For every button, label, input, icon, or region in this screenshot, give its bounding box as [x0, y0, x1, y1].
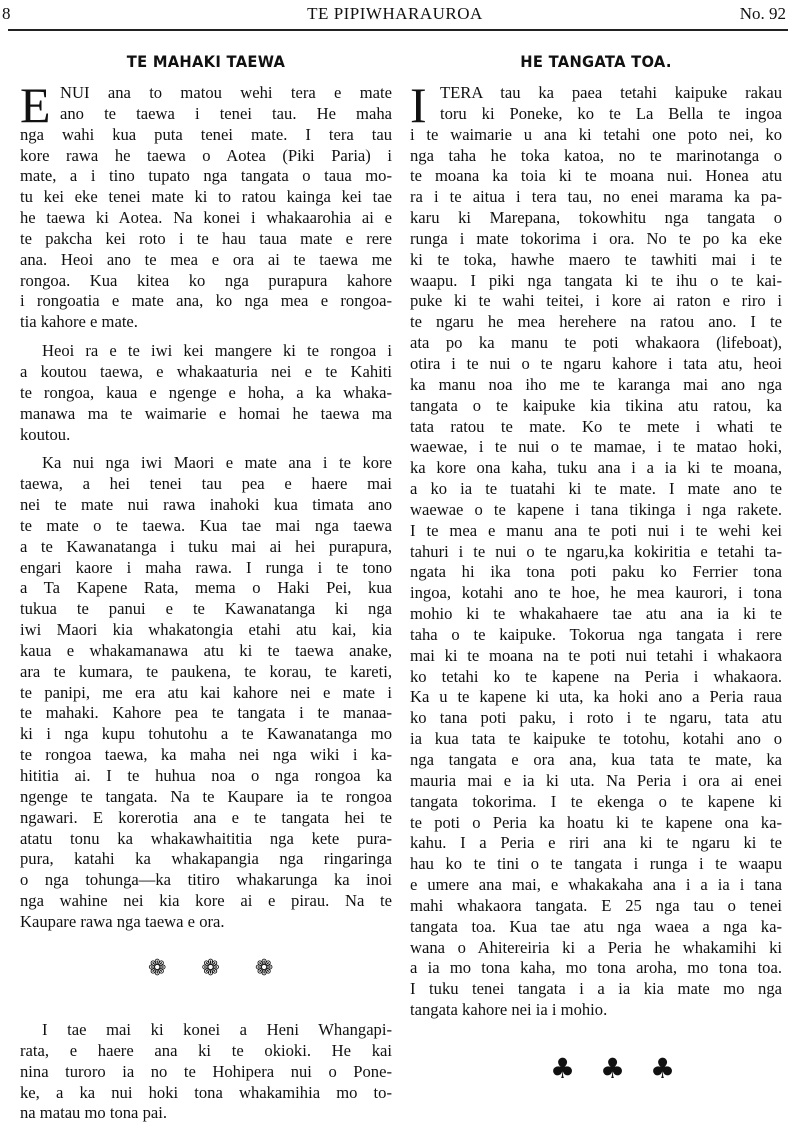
text-line: ki i nga kupu tohutohu a te Kawanatanga … [20, 724, 392, 745]
text-line: runga i mate tokorima i ora. No te po ka… [410, 229, 782, 250]
article-body: E NUI ana to matou wehi tera e mateano t… [20, 83, 392, 333]
text-line: toru ki Poneke, ko te La Bella te ingoa [410, 104, 782, 125]
text-line: manawa ma te waimarie e homai he taewa m… [20, 404, 392, 425]
text-line: ko tetahi ko te kapene na Peria i whakao… [410, 667, 782, 688]
text-line: ingoa, kotahi ano te hoe, he mea kaurori… [410, 583, 782, 604]
text-line: nei te mate nui rawa inahoki kua timata … [20, 495, 392, 516]
text-line: te poti o Peria ka hoatu ki te kapene on… [410, 813, 782, 834]
text-line: kaua e whakamanawa atu ki te taewa anake… [20, 641, 392, 662]
dropcap-e: E [20, 85, 51, 125]
text-line: Ka u te kapene ki uta, ka hoki ano a Per… [410, 687, 782, 708]
text-line: rongoa. Kua kitea ko nga purapura kahore [20, 271, 392, 292]
text-line: NUI ana to matou wehi tera e mate [20, 83, 392, 104]
text-line: tahuri i te nui o te ngaru,ka kokiritia … [410, 542, 782, 563]
paragraph-3: Ka nui nga iwi Maori e mate ana i te kor… [20, 453, 392, 932]
headline-he-tangata-toa: HE TANGATA TOA. [425, 52, 767, 76]
text-line: I tae mai ki konei a Heni Whangapi- [20, 1020, 392, 1041]
text-line: mohio ki te whakahaere tae atu ana ia ki… [410, 604, 782, 625]
text-line: i rongoatia e mate ana, ko nga mea e ron… [20, 291, 392, 312]
text-line: tangata toa. Kua tae atu nga waea a nga … [410, 917, 782, 938]
text-line: mahi whakaora tangata. E 25 nga tau o te… [410, 896, 782, 917]
shamrock-ornament: ♣ ♣ ♣ [550, 1052, 683, 1085]
text-line: taha o te kaipuke. Tokorua nga tangata i… [410, 625, 782, 646]
text-line: a te Kawanatanga i tuku mai ai hei purap… [20, 537, 392, 558]
text-line: te mate o te taewa. Kua tae mai nga taew… [20, 516, 392, 537]
headline-te-mahaki-taewa: TE MAHAKI TAEWA [35, 52, 377, 76]
paragraph-1: TERA tau ka paea tetahi kaipuke rakautor… [410, 83, 782, 1021]
text-line: nga wahine nei kia kore ai e pirau. Na t… [20, 891, 392, 912]
text-line: wana o Ahitereiria ki a Peria he whakami… [410, 938, 782, 959]
text-line: I te mea e manu ana te poti nui i te weh… [410, 521, 782, 542]
text-line: kahu. I a Peria e riri ana ki te ngaru k… [410, 833, 782, 854]
text-line: puke ki te wahi teitei, i kore ai raton … [410, 291, 782, 312]
note-heni: I tae mai ki konei a Heni Whangapi-rata,… [20, 1020, 392, 1124]
text-line: he taewa ki Aotea. Na konei i whakaarohi… [20, 208, 392, 229]
text-line: tukua te panui e te Kawanatanga ki nga [20, 599, 392, 620]
text-line: hau ko te tini o te tangata i runga i te… [410, 854, 782, 875]
text-line: I tuku tenei tangata i a ia kia mate mo … [410, 979, 782, 1000]
text-line: mauria mai e ia ki uta. Na Peria i ora a… [410, 771, 782, 792]
text-line: ngenge te tangata. Na te Kaupare ia te r… [20, 787, 392, 808]
text-line: nga wahi kua puta tenei mate. I tera tau [20, 125, 392, 146]
dropcap-i: I [410, 85, 427, 125]
text-line: tu kei eke tenei mate ki to ratou kainga… [20, 187, 392, 208]
text-line: waewae o te kapene i tana tikinga i nga … [410, 500, 782, 521]
text-line: o nga tohunga—ka titiro whakarunga ka in… [20, 870, 392, 891]
text-line: mai ki te moana na te poti nui tetahi i … [410, 646, 782, 667]
text-line: mate, a i tino tupato nga tangata o taua… [20, 166, 392, 187]
text-line: waewae, i te nui o te mamae, i te matao … [410, 437, 782, 458]
text-line: ki te toka, hawhe maero te tawhiti mai i… [410, 250, 782, 271]
text-line: otira i te nui o te ngaru kahore i tata … [410, 354, 782, 375]
text-line: te rongoa, kaua e ngenge e hoha, a ka wh… [20, 383, 392, 404]
text-line: engari kaore i maha rawa. I runga i te t… [20, 558, 392, 579]
text-line: ra i te aitua i tera tau, no enei marama… [410, 187, 782, 208]
text-line: Ka nui nga iwi Maori e mate ana i te kor… [20, 453, 392, 474]
text-line: atatu tonu ka whakawhaititia nga kete pu… [20, 829, 392, 850]
text-line: a ia mo tona kaha, mo tona aroha, mo ton… [410, 958, 782, 979]
paragraph-2: Heoi ra e te iwi kei mangere ki te rongo… [20, 341, 392, 445]
text-line: te ngaru he mea herehere na ratou ano. I… [410, 312, 782, 333]
text-line: te moana ka toia ki te moana nui. Honea … [410, 166, 782, 187]
article-right: HE TANGATA TOA. I TERA tau ka paea tetah… [410, 52, 782, 1021]
text-line: ko tana poti paku, i roto i te ngaru, ta… [410, 708, 782, 729]
text-line: a ko ia te tuatahi ki te mate. I mate an… [410, 479, 782, 500]
text-line: tata ratou te mate. Ko te mete i whati t… [410, 417, 782, 438]
text-line: taewa, a hei tenei tau pea e haere mai [20, 474, 392, 495]
text-line: e umere ana mai, e whakakaha ana i a ia … [410, 875, 782, 896]
text-line: tangata tokorima. I te ekenga o te kapen… [410, 792, 782, 813]
shamrock-icon: ♣ ♣ ♣ [550, 1052, 683, 1085]
text-line: waapu. I piki nga tangata ki te ihu o te… [410, 271, 782, 292]
text-line: ana. Heoi ano te mea e ora ai te taewa m… [20, 250, 392, 271]
text-line: ngata hi ika tona poti paku ko Ferrier t… [410, 562, 782, 583]
text-line: kore rawa he taewa o Aotea (Piki Paria) … [20, 146, 392, 167]
text-line: karu ki Marepana, tokowhitu nga tangata … [410, 208, 782, 229]
note-paragraph: I tae mai ki konei a Heni Whangapi-rata,… [20, 1020, 392, 1124]
text-line: i te waimarie u ana ki tetahi one poto n… [410, 125, 782, 146]
page-header: 8 TE PIPIWHARAUROA No. 92 [0, 0, 790, 30]
paragraph-1: NUI ana to matou wehi tera e mateano te … [20, 83, 392, 333]
text-line: tangata o te kaipuke kia tikina atu rato… [410, 396, 782, 417]
text-line: ara te kumara, te paukena, te korau, te … [20, 662, 392, 683]
text-line: ke, a ka nui hoki tona whakamihia mo to- [20, 1083, 392, 1104]
text-line: tangata kahore nei ia i mohio. [410, 1000, 782, 1021]
rosette-icon: ❁ ❁ ❁ [148, 956, 287, 981]
text-line: pura, katahi ka whakapangia nga ringarin… [20, 849, 392, 870]
text-line: na matau mo tona pai. [20, 1103, 392, 1124]
text-line: te rongoa taewa, ka maha nei nga wiki i … [20, 745, 392, 766]
text-line: koutou. [20, 425, 392, 446]
text-line: a koutou taewa, e whakaaturia nei e te K… [20, 362, 392, 383]
text-line: ngawari. E korerotia ana e te tangata he… [20, 808, 392, 829]
text-line: TERA tau ka paea tetahi kaipuke rakau [410, 83, 782, 104]
text-line: Kaupare rawa nga taewa e ora. [20, 912, 392, 933]
text-line: iwi Maori kia whakatongia etahi atu kai,… [20, 620, 392, 641]
text-line: a Ta Kapene Rata, mema o Haki Pei, kua [20, 578, 392, 599]
text-line: te pakcha kei roto i te hau taua mate e … [20, 229, 392, 250]
text-line: ka kore ona kaha, tuku ana i a ia ki te … [410, 458, 782, 479]
text-line: nina turoro ia no te Hohipera nui o Pone… [20, 1062, 392, 1083]
text-line: hititia ai. I te huhua noa o nga rongoa … [20, 766, 392, 787]
text-line: ata po ka manu te poti whakaora (lifeboa… [410, 333, 782, 354]
text-line: nga tangata e ora ana, kua tata te mate,… [410, 750, 782, 771]
text-line: ka manu noa iho me te karanga mai ano ng… [410, 375, 782, 396]
text-line: rata, e haere ana ki te okioki. He kai [20, 1041, 392, 1062]
header-rule [8, 29, 788, 31]
rosette-ornament: ❁ ❁ ❁ [148, 956, 287, 981]
issue-number: No. 92 [740, 4, 786, 24]
text-line: te mahaki. Kahore pea te tangata i te ma… [20, 703, 392, 724]
text-line: nga taha he toka katoa, no te marinotang… [410, 146, 782, 167]
article-body: I TERA tau ka paea tetahi kaipuke rakaut… [410, 83, 782, 1021]
text-line: tia kahore e mate. [20, 312, 392, 333]
text-line: Heoi ra e te iwi kei mangere ki te rongo… [20, 341, 392, 362]
text-line: te panipi, me era atu kai kahore nei e m… [20, 683, 392, 704]
text-line: ano te taewa i tenei tau. He maha [20, 104, 392, 125]
article-left: TE MAHAKI TAEWA E NUI ana to matou wehi … [20, 52, 392, 933]
text-line: ia kua tata te kaipuke te totohu, kotahi… [410, 729, 782, 750]
publication-title: TE PIPIWHARAUROA [0, 4, 790, 24]
